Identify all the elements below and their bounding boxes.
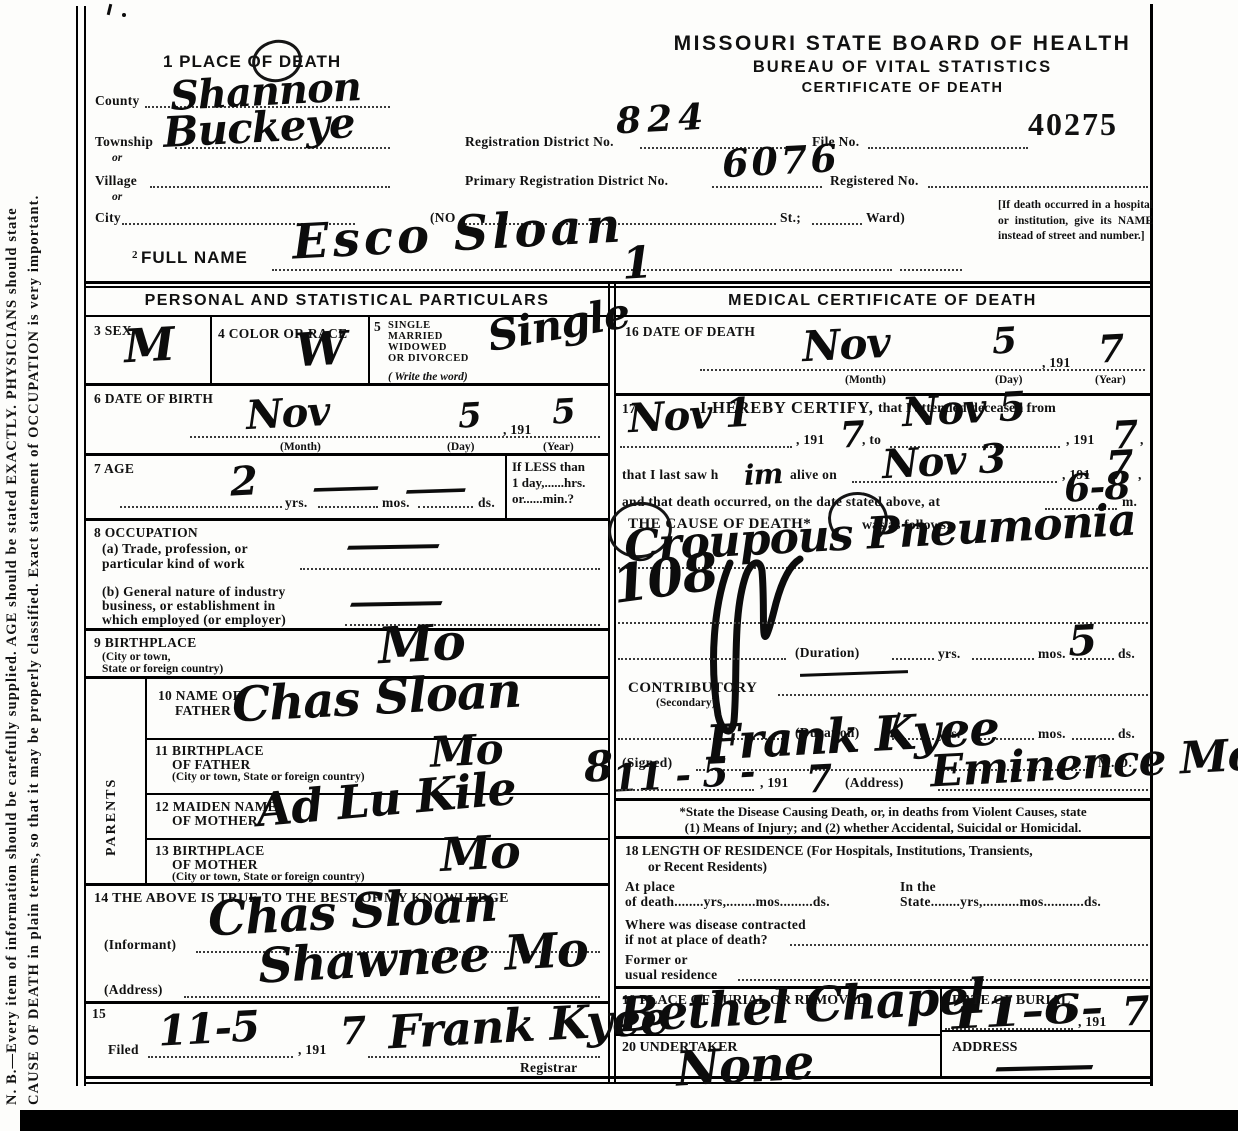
city-ward-label: Ward) xyxy=(866,210,905,226)
stray-eight-handwritten: 8 xyxy=(583,741,614,791)
birthplace-sub2: State or foreign country) xyxy=(102,663,223,675)
mother-name-label-2: OF MOTHER xyxy=(172,813,258,829)
marital-option-married: MARRIED xyxy=(388,331,469,342)
certify-to-year-prefix: , 191 xyxy=(1066,432,1095,448)
city-st-label: St.; xyxy=(780,210,801,226)
certify-saw-date-handwritten: Nov 3 xyxy=(881,435,1007,488)
age-less-line3: or......min.? xyxy=(512,491,574,507)
border-left-inner xyxy=(84,6,86,1086)
age-line-1 xyxy=(120,506,282,508)
certify-to-label: , to xyxy=(862,432,881,448)
city-ward-line xyxy=(812,223,862,225)
rule-bottom xyxy=(84,1076,1150,1079)
marital-option-widowed: WIDOWED xyxy=(388,342,469,353)
rule-top-section-2 xyxy=(84,286,1150,288)
township-label: Township xyxy=(95,134,153,150)
race-value-handwritten: W xyxy=(294,321,347,378)
dob-day-sublabel: (Day) xyxy=(447,441,474,453)
informant-label: (Informant) xyxy=(104,937,176,953)
registration-district-value-handwritten: 824 xyxy=(615,96,710,143)
contributory-label: CONTRIBUTORY xyxy=(628,680,757,697)
duration-ds-label: ds. xyxy=(1118,646,1135,662)
signed-year-prefix: , 191 xyxy=(760,775,789,791)
rule-row5 xyxy=(86,383,608,386)
full-name-number: 2 xyxy=(132,249,138,261)
full-name-line xyxy=(272,269,892,271)
dob-year-handwritten: 5 xyxy=(551,391,576,432)
residence-at-place-1: At place xyxy=(625,879,675,895)
township-value-handwritten: Buckeye xyxy=(162,98,356,157)
occupation-b-line3: which employed (or employer) xyxy=(102,612,286,628)
dob-year-prefix: , 191 xyxy=(503,422,532,438)
marital-option-single: SINGLE xyxy=(388,320,469,331)
duration-days-handwritten: 5 xyxy=(1067,615,1098,665)
rule-row10 xyxy=(145,738,608,740)
certificate-title: CERTIFICATE OF DEATH xyxy=(660,80,1145,96)
birthplace-sub1: (City or town, xyxy=(102,651,170,663)
burial-year-handwritten: 7 xyxy=(1121,987,1150,1035)
pen-dot-mark xyxy=(122,13,126,17)
pen-tick-mark xyxy=(107,4,113,15)
divider-age-less xyxy=(505,453,507,518)
age-less-line2: 1 day,......hrs. xyxy=(512,475,585,491)
birthplace-label: 9 BIRTHPLACE xyxy=(94,635,197,651)
father-name-label-1: 10 NAME OF xyxy=(158,688,241,704)
dod-month-sublabel: (Month) xyxy=(845,374,886,386)
undertaker-address-dash-handwritten: — xyxy=(986,1044,1100,1088)
file-no-line xyxy=(868,147,1028,149)
residence-in-state-2: State........yrs,..........mos..........… xyxy=(900,894,1101,910)
county-label: County xyxy=(95,93,140,109)
dod-year-sublabel: (Year) xyxy=(1095,374,1126,386)
rule-bottom-2 xyxy=(84,1082,1150,1084)
filed-year-handwritten: 7 xyxy=(339,1007,367,1053)
signed-year-handwritten: 7 xyxy=(805,755,833,801)
age-mos-dash-handwritten: — xyxy=(307,469,382,506)
mother-birthplace-label-3: (City or town, State or foreign country) xyxy=(172,871,365,883)
parents-vertical-label: PARENTS xyxy=(104,706,120,856)
residence-label-2: or Recent Residents) xyxy=(648,859,767,875)
dob-year-sublabel: (Year) xyxy=(543,441,574,453)
footnote-line1: *State the Disease Causing Death, or, in… xyxy=(618,804,1148,820)
dob-month-sublabel: (Month) xyxy=(280,441,321,453)
death-certificate-scan: N. B.—Every item of information should b… xyxy=(0,0,1238,1131)
city-label: City xyxy=(95,210,121,226)
or-label-2: or xyxy=(112,191,122,203)
father-name-label-2: FATHER xyxy=(175,703,231,719)
duration-line-2 xyxy=(972,658,1034,660)
certify-comma-1: , xyxy=(1140,432,1144,448)
contributory-line xyxy=(778,694,1148,696)
primary-registration-value-handwritten: 6076 xyxy=(721,135,841,186)
filed-label: Filed xyxy=(108,1042,139,1058)
age-less-line1: If LESS than xyxy=(512,459,585,475)
rule-top-section xyxy=(84,281,1150,284)
dob-month-handwritten: Nov xyxy=(245,388,331,439)
medical-certificate-title: MEDICAL CERTIFICATE OF DEATH xyxy=(615,292,1150,310)
dob-day-handwritten: 5 xyxy=(457,395,482,436)
age-ds-dash-handwritten: — xyxy=(400,471,469,508)
duration-label: (Duration) xyxy=(795,645,860,661)
duration-lead-line xyxy=(618,658,786,660)
file-no-stamp: 40275 xyxy=(1028,106,1118,143)
village-line xyxy=(150,186,390,188)
duration-line-1 xyxy=(892,658,934,660)
scan-black-bar xyxy=(20,1110,1238,1131)
duration-mos-label: mos. xyxy=(1038,646,1066,662)
residence-former-1: Former or xyxy=(625,952,688,968)
father-name-value-handwritten: Chas Sloan xyxy=(231,662,522,733)
border-right xyxy=(1150,4,1153,1086)
registration-district-label: Registration District No. xyxy=(465,134,614,150)
certify-saw-him-handwritten: im xyxy=(743,457,783,492)
mother-birthplace-value-handwritten: Mo xyxy=(439,824,521,882)
certify-comma-2: , xyxy=(1138,467,1142,483)
marital-write-word-label: ( Write the word) xyxy=(388,371,468,383)
residence-label-1: 18 LENGTH OF RESIDENCE (For Hospitals, I… xyxy=(625,843,1033,859)
residence-contracted-2: if not at place of death? xyxy=(625,932,768,948)
age-value-handwritten: 2 xyxy=(229,457,258,505)
rule-footnote xyxy=(615,836,1150,839)
occupation-label: 8 OCCUPATION xyxy=(94,525,198,541)
certify-from-year-prefix: , 191 xyxy=(796,432,825,448)
rule-signed xyxy=(615,798,1150,801)
margin-note-line1: N. B.—Every item of information should b… xyxy=(4,20,21,1105)
divider-parents xyxy=(145,676,147,883)
age-yrs-label: yrs. xyxy=(285,495,308,511)
filed-year-prefix: , 191 xyxy=(298,1042,327,1058)
occupation-a-dash-handwritten: — xyxy=(339,524,444,566)
rule-right-title xyxy=(615,315,1150,317)
filed-date-handwritten: 11-5 xyxy=(157,1001,261,1055)
full-name-value-handwritten: Esco Sloan xyxy=(291,197,626,270)
age-ds-label: ds. xyxy=(478,495,495,511)
registrar-label: Registrar xyxy=(520,1060,577,1076)
rule-row6 xyxy=(86,453,608,456)
residence-in-state-1: In the xyxy=(900,879,936,895)
dod-year-prefix: , 191 xyxy=(1042,355,1071,371)
margin-note-line2: CAUSE OF DEATH in plain terms, so that i… xyxy=(26,20,43,1105)
contributory-secondary-label: (Secondary) xyxy=(656,697,715,709)
certify-saw-label-2: alive on xyxy=(790,467,837,483)
age-line-2 xyxy=(318,506,378,508)
registered-no-line xyxy=(928,186,1148,188)
primary-registration-label: Primary Registration District No. xyxy=(465,173,668,189)
marital-option-divorced: OR DIVORCED xyxy=(388,353,469,364)
sex-value-handwritten: M xyxy=(123,317,176,374)
undertaker-value-handwritten: None xyxy=(675,1034,815,1097)
full-name-label: FULL NAME xyxy=(141,248,248,268)
dod-month-handwritten: Nov xyxy=(801,318,891,372)
date-of-death-label: 16 DATE OF DEATH xyxy=(625,324,755,340)
divider-columns-outer xyxy=(608,283,610,1082)
divider-sex-race xyxy=(210,315,212,383)
age-label: 7 AGE xyxy=(94,461,134,477)
or-label-1: or xyxy=(112,152,122,164)
occupation-a-line2: particular kind of work xyxy=(102,556,245,572)
signed-date-line xyxy=(618,789,754,791)
rule-row12 xyxy=(145,838,608,840)
residence-former-2: usual residence xyxy=(625,967,717,983)
occupation-a-line xyxy=(300,568,600,570)
dod-year-handwritten: 7 xyxy=(1097,325,1125,371)
burial-year-prefix: , 191 xyxy=(1078,1014,1107,1030)
footnote-line2: (1) Means of Injury; and (2) whether Acc… xyxy=(618,820,1148,836)
village-label: Village xyxy=(95,173,137,189)
residence-contracted-1: Where was disease contracted xyxy=(625,917,806,933)
duration-yrs-label: yrs. xyxy=(938,646,961,662)
full-name-line-2 xyxy=(900,269,962,271)
certify-to-handwritten: Nov 5 xyxy=(901,383,1027,436)
certify-from-handwritten: Nov 1 xyxy=(627,389,753,442)
board-title: MISSOURI STATE BOARD OF HEALTH xyxy=(660,32,1145,56)
divider-columns-inner xyxy=(614,283,616,1082)
informant-address-label: (Address) xyxy=(104,982,163,998)
signed-date-handwritten: 11 - 5 - xyxy=(611,748,756,800)
certify-saw-label-1: that I last saw h xyxy=(622,467,719,483)
dod-line xyxy=(700,369,1145,371)
hospital-note: [If death occurred in a hospital or inst… xyxy=(998,198,1153,245)
certify-from-line xyxy=(620,446,792,448)
rule-row19-right xyxy=(942,1030,1150,1032)
residence-at-place-2: of death........yrs,........mos.........… xyxy=(625,894,830,910)
signed-address-label: (Address) xyxy=(845,775,904,791)
stray-one-handwritten: 1 xyxy=(621,237,653,289)
primary-registration-line xyxy=(712,186,822,188)
date-of-birth-label: 6 DATE OF BIRTH xyxy=(94,391,213,407)
dod-day-handwritten: 5 xyxy=(991,319,1017,362)
bureau-title: BUREAU OF VITAL STATISTICS xyxy=(660,58,1145,77)
residence-contracted-line xyxy=(790,944,1148,946)
registered-no-label: Registered No. xyxy=(830,173,919,189)
rule-row8 xyxy=(86,628,608,631)
filed-number: 15 xyxy=(92,1006,106,1022)
marital-number: 5 xyxy=(374,319,381,335)
border-left-outer xyxy=(76,6,78,1086)
filed-date-line xyxy=(148,1056,293,1058)
occupation-a-line1: (a) Trade, profession, or xyxy=(102,541,248,557)
rule-row7 xyxy=(86,518,608,521)
divider-race-marital xyxy=(368,315,370,383)
